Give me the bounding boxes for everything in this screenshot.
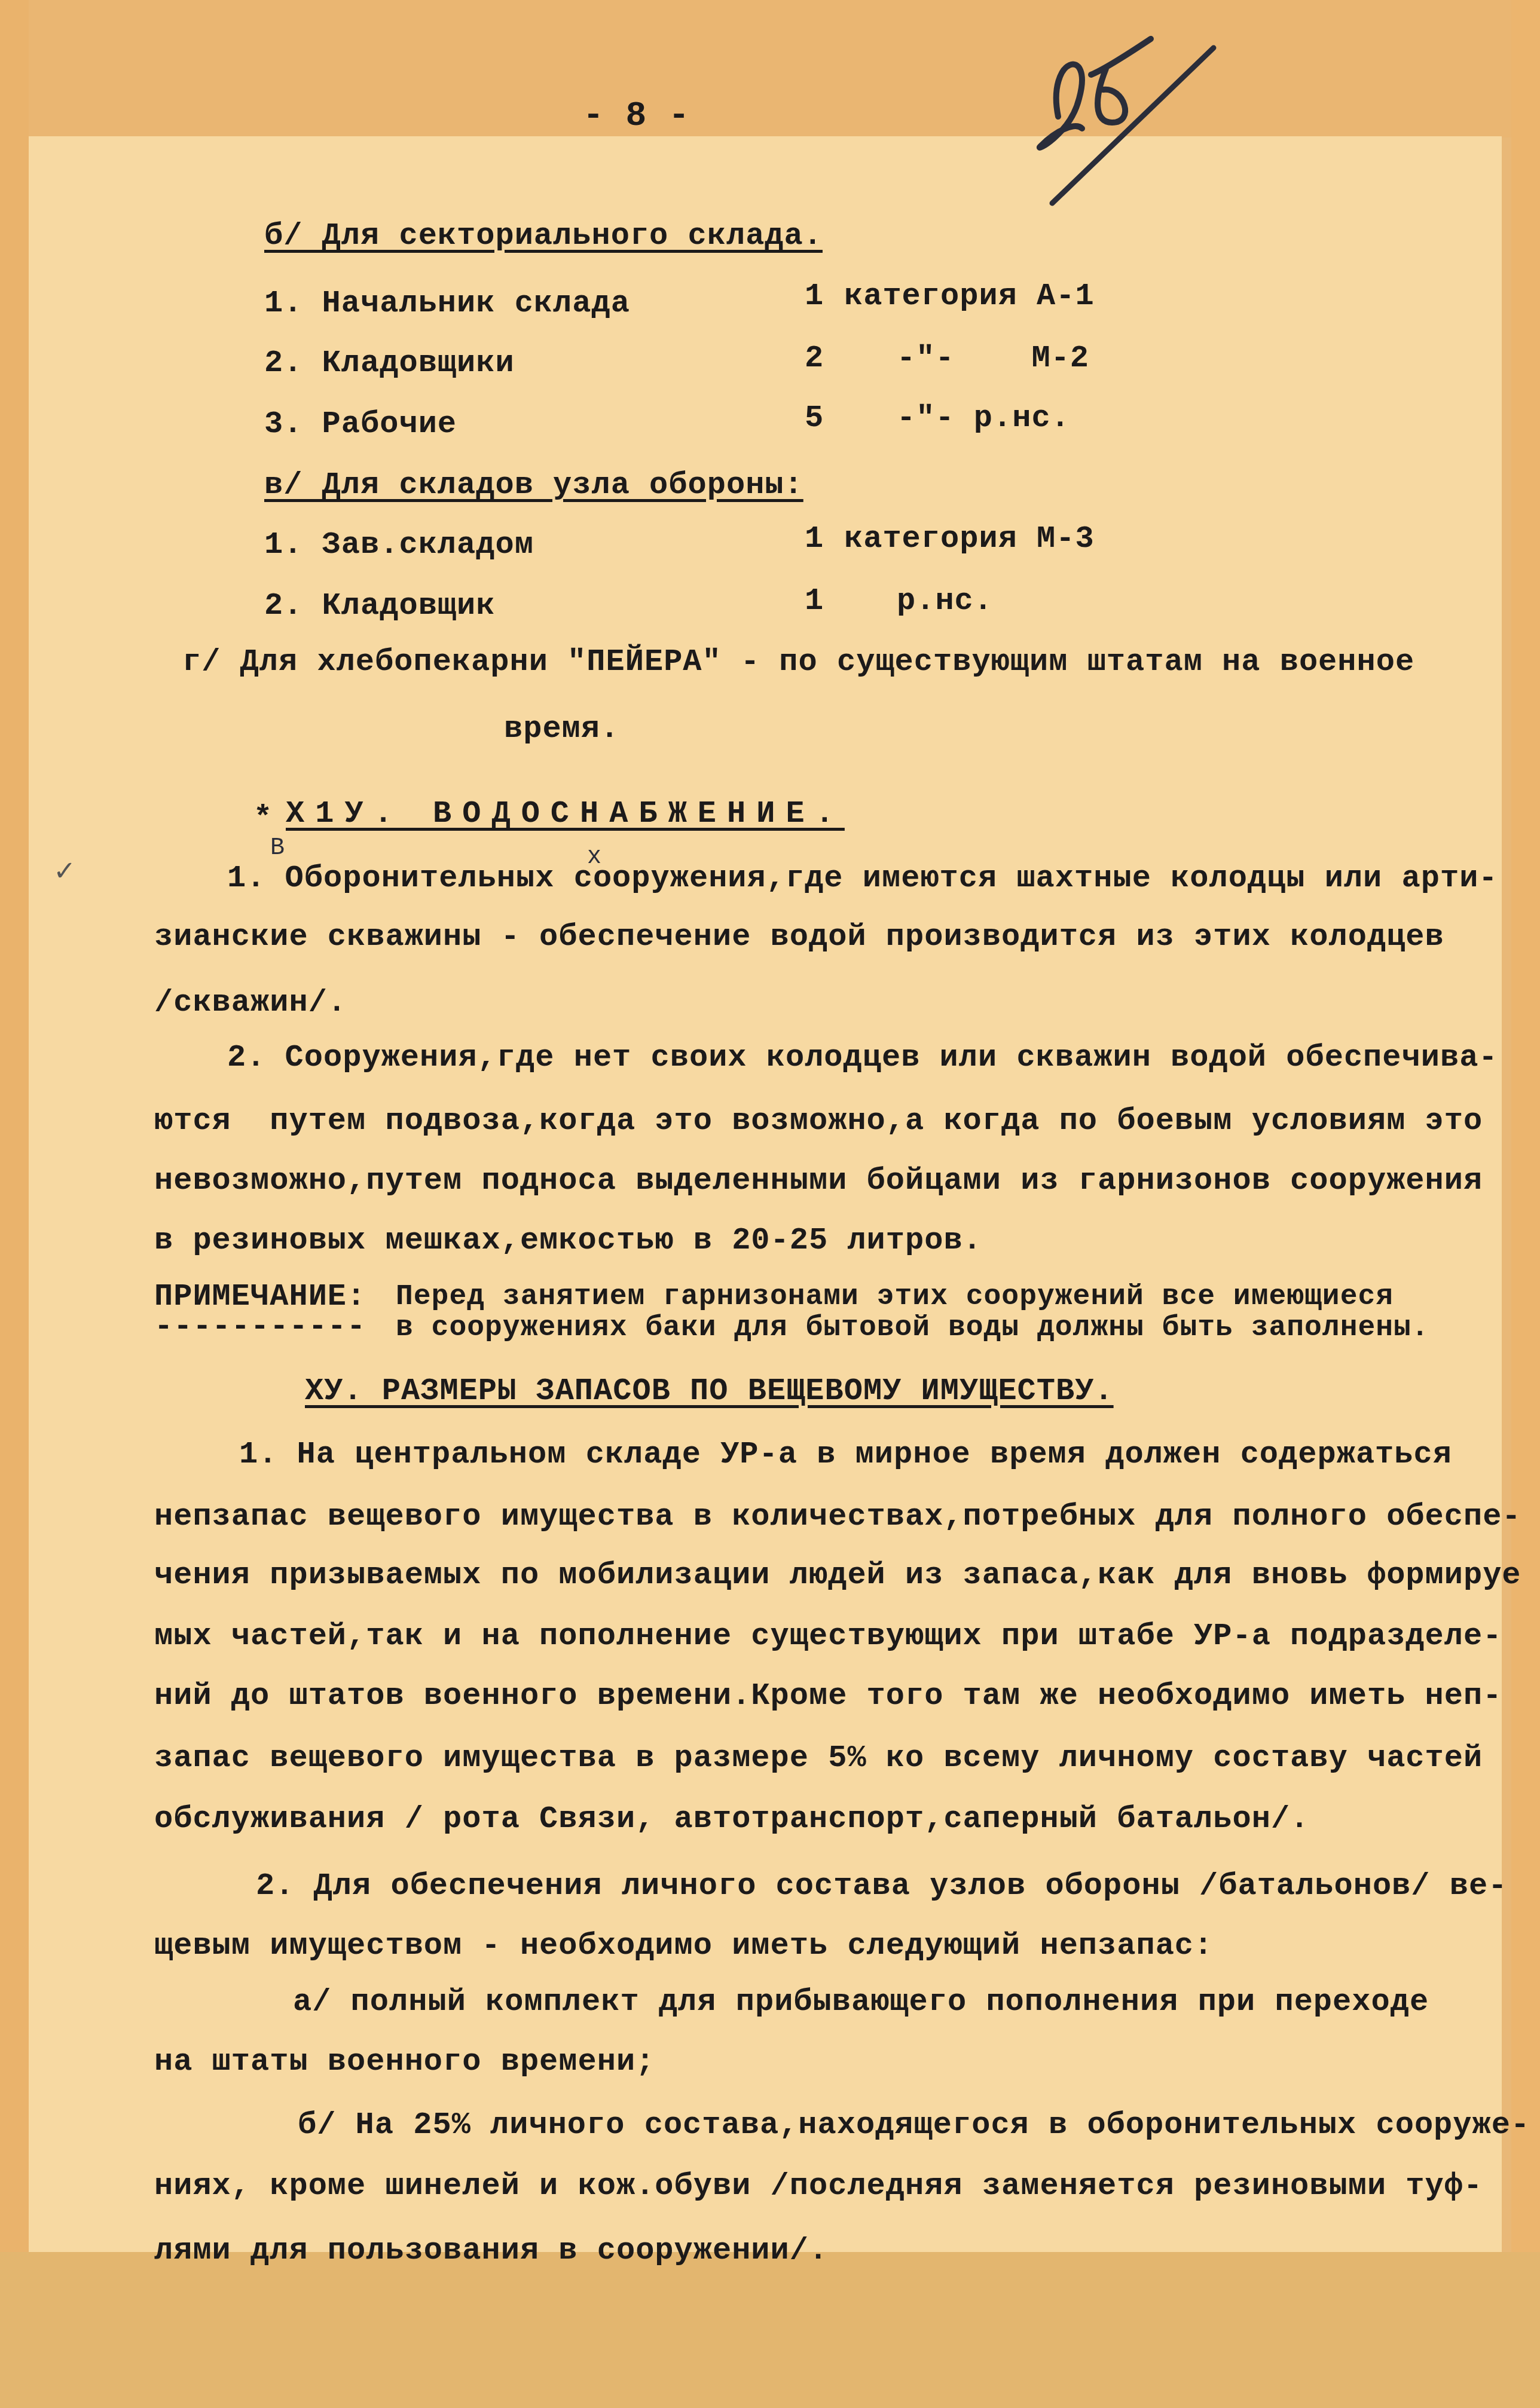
note-line-2: в сооружениях баки для бытовой воды долж…	[396, 1310, 1429, 1346]
item-b-line-1: б/ На 25% личного состава,находящегося в…	[298, 2107, 1530, 2143]
margin-checkmark-icon: ✓	[55, 855, 74, 891]
section-b-row-3-label: 3. Рабочие	[264, 406, 457, 442]
section-14-heading: Х1У. ВОДОСНАБЖЕНИЕ.	[286, 796, 845, 832]
section-15-p1-line-5: ний до штатов военного времени.Кроме тог…	[154, 1678, 1502, 1714]
section-b-row-2-qty: 2	[805, 341, 824, 377]
section-15-p1-line-2: непзапас вещевого имущества в количества…	[154, 1499, 1521, 1535]
section-b-row-2-category: -"- М-2	[897, 341, 1089, 377]
section-14-p2-line-4: в резиновых мешках,емкостью в 20-25 литр…	[154, 1223, 982, 1259]
scan-right-edge	[1511, 0, 1540, 2408]
item-a-line-2: на штаты военного времени;	[154, 2044, 655, 2080]
section-b-row-2-label: 2. Кладовщики	[264, 345, 515, 381]
note-label-underline: -----------	[154, 1309, 366, 1345]
section-b-row-3-qty: 5	[805, 400, 824, 436]
item-b-line-3: лями для пользования в сооружении/.	[154, 2233, 828, 2269]
scan-left-edge	[0, 0, 29, 2408]
section-v-row-2-qty: 1	[805, 583, 824, 619]
section-15-p2-line-1: 2. Для обеспечения личного состава узлов…	[256, 1868, 1507, 1904]
section-g-line-2: время.	[504, 711, 619, 747]
section-v-row-2-label: 2. Кладовщик	[264, 588, 495, 624]
section-14-p2-line-3: невозможно,путем подноса выделенными бой…	[154, 1163, 1483, 1199]
section-15-p1-line-6: запас вещевого имущества в размере 5% ко…	[154, 1740, 1483, 1776]
section-15-p2-line-2: щевым имуществом - необходимо иметь след…	[154, 1928, 1213, 1964]
handwritten-folio-number	[1022, 33, 1220, 206]
item-a-line-1: а/ полный комплект для прибывающего попо…	[293, 1984, 1429, 2020]
section-v-row-1-category: категория М-3	[844, 521, 1095, 557]
note-line-1: Перед занятием гарнизонами этих сооружен…	[396, 1279, 1394, 1315]
section-v-heading: в/ Для складов узла обороны:	[264, 467, 803, 503]
item-b-line-2: ниях, кроме шинелей и кож.обуви /последн…	[154, 2168, 1483, 2204]
section-15-heading: ХУ. РАЗМЕРЫ ЗАПАСОВ ПО ВЕЩЕВОМУ ИМУЩЕСТВ…	[305, 1373, 1114, 1409]
section-14-p1-line-1: 1. Оборонительных сооружения,где имеются…	[227, 861, 1498, 897]
scan-top-band	[0, 0, 1540, 137]
section-b-row-1-label: 1. Начальник склада	[264, 286, 630, 322]
section-14-p1-line-2: зианские скважины - обеспечение водой пр…	[154, 919, 1444, 955]
section-v-row-2-category: р.нс.	[897, 583, 993, 619]
section-b-row-3-category: -"- р.нс.	[897, 400, 1070, 436]
section-15-p1-line-1: 1. На центральном складе УР-а в мирное в…	[239, 1437, 1452, 1473]
section-14-p1-line-3: /скважин/.	[154, 985, 347, 1021]
section-14-p2-line-2: ются путем подвоза,когда это возможно,а …	[154, 1103, 1483, 1139]
section-g-line-1: г/ Для хлебопекарни "ПЕЙЕРА" - по сущест…	[182, 644, 1414, 680]
scan-bottom-band	[0, 2252, 1540, 2408]
section-14-p2-line-1: 2. Сооружения,где нет своих колодцев или…	[227, 1040, 1498, 1076]
section-15-p1-line-3: чения призываемых по мобилизации людей и…	[154, 1558, 1521, 1593]
section-b-heading: б/ Для секториального склада.	[264, 218, 823, 254]
page-number: - 8 -	[583, 99, 690, 134]
section-v-row-1-qty: 1	[805, 521, 824, 557]
section-15-p1-line-4: мых частей,так и на пополнение существую…	[154, 1618, 1502, 1654]
section-b-row-1-qty: 1	[805, 279, 824, 314]
section-b-row-1-category: категория А-1	[844, 279, 1095, 314]
section-v-row-1-label: 1. Зав.складом	[264, 527, 534, 563]
section-15-p1-line-7: обслуживания / рота Связи, автотранспорт…	[154, 1801, 1309, 1837]
